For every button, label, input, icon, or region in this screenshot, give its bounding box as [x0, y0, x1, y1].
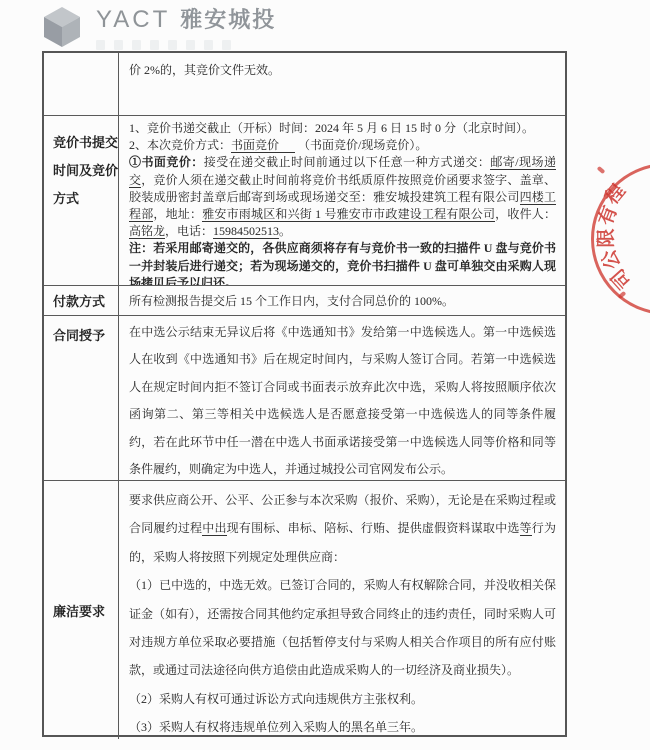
text-segment: 价 2%的，其竞价文件无效。 [129, 63, 280, 77]
row-label [44, 53, 119, 115]
paragraph: 注：若采用邮寄递交的，各供应商须将存有与竞价书一致的扫描件 U 盘与竞价书一并封… [129, 240, 556, 285]
paragraph: ①书面竞价：接受在递交截止时间前通过以下任意一种方式递交：邮寄/现场递交，竞价人… [129, 154, 556, 240]
seal-character: 限 [597, 228, 617, 248]
row-label: 廉洁要求 [44, 481, 119, 739]
seal-character: 司 [608, 264, 636, 292]
text-segment: 在中选公示结束无异议后将《中选通知书》发给第一中选候选人。第一中选候选人在收到《… [129, 325, 556, 476]
underlined-text: 中出 [202, 521, 226, 536]
paragraph: 2、本次竞价方式：书面竞价 （书面竞价/现场竞价）。 [129, 137, 556, 154]
paragraph: 价 2%的，其竞价文件无效。 [129, 62, 556, 79]
underlined-text: 书面竞价 [231, 138, 295, 153]
row-label: 合同授予 [44, 316, 119, 480]
text-segment: （2）采购人有权可通过诉讼方式向违规供方主张权利。 [129, 692, 423, 706]
text-segment: ，地址： [153, 207, 202, 221]
seal-mark [597, 166, 606, 174]
text-segment: 1、竞价书递交截止（开标）时间：2024 年 5 月 6 日 15 时 0 分（… [129, 121, 534, 135]
text-segment: 注：若采用邮寄递交的，各供应商须将存有与竞价书一致的扫描件 U 盘与竞价书一并封… [129, 241, 556, 285]
row-label: 付款方式 [44, 286, 119, 315]
document-table: 价 2%的，其竞价文件无效。竞价书提交 时间及竞价 方式1、竞价书递交截止（开标… [42, 51, 567, 737]
text-segment: （3）采购人有权将违规单位列入采购人的黑名单三年。 [129, 720, 423, 734]
text-segment: 接受在递交截止时间前通过以下任意一种方式递交： [204, 155, 491, 169]
logo-company-name: 雅安城投 [180, 3, 276, 34]
seal-ring [591, 163, 650, 315]
underlined-text: 等 [520, 521, 532, 536]
paragraph: （2）采购人有权可通过诉讼方式向违规供方主张权利。 [129, 685, 556, 713]
seal-character: 公 [599, 246, 625, 272]
text-segment: 所有检测报告提交后 15 个工作日内，支付合同总价的 100%。 [129, 294, 454, 308]
company-logo: YACT 雅安城投 [42, 3, 276, 47]
text-segment: 现有围标、串标、陪标、行贿、提供虚假资料谋取中选 [227, 521, 520, 535]
seal-character: 程 [602, 181, 630, 209]
row-content: 所有检测报告提交后 15 个工作日内，支付合同总价的 100%。 [119, 286, 565, 315]
text-segment: 。 [279, 224, 291, 238]
logo-tagline-faded [96, 40, 276, 50]
row-content: 价 2%的，其竞价文件无效。 [119, 53, 565, 115]
row-content: 在中选公示结束无异议后将《中选通知书》发给第一中选候选人。第一中选候选人在收到《… [119, 316, 565, 480]
seal-mark [618, 291, 627, 299]
table-row: 合同授予在中选公示结束无异议后将《中选通知书》发给第一中选候选人。第一中选候选人… [44, 315, 565, 480]
table-row: 价 2%的，其竞价文件无效。 [44, 53, 565, 115]
underlined-text: 高铭龙 [129, 224, 165, 239]
row-content: 要求供应商公开、公平、公正参与本次采购（报价、采购），无论是在采购过程或合同履约… [119, 481, 565, 739]
paragraph: 所有检测报告提交后 15 个工作日内，支付合同总价的 100%。 [129, 293, 454, 309]
text-segment: ，收件人： [495, 207, 556, 221]
logo-abbreviation: YACT [96, 6, 170, 34]
cube-icon [42, 5, 82, 49]
paragraph: 在中选公示结束无异议后将《中选通知书》发给第一中选候选人。第一中选候选人在收到《… [129, 319, 556, 480]
paragraph: 要求供应商公开、公平、公正参与本次采购（报价、采购），无论是在采购过程或合同履约… [129, 486, 556, 571]
row-content: 1、竞价书递交截止（开标）时间：2024 年 5 月 6 日 15 时 0 分（… [119, 116, 565, 285]
paragraph: 1、竞价书递交截止（开标）时间：2024 年 5 月 6 日 15 时 0 分（… [129, 120, 556, 137]
text-segment: （1）已中选的，中选无效。已签订合同的，采购人有权解除合同，并没收相关保证金（如… [129, 578, 556, 677]
scanned-document-page: YACT 雅安城投 价 2%的，其竞价文件无效。竞价书提交 时间及竞价 方式1、… [0, 0, 650, 750]
seal-character: 有 [596, 203, 622, 229]
text-segment: 2、本次竞价方式： [129, 138, 231, 152]
paragraph: （1）已中选的，中选无效。已签订合同的，采购人有权解除合同，并没收相关保证金（如… [129, 571, 556, 685]
table-row: 竞价书提交 时间及竞价 方式1、竞价书递交截止（开标）时间：2024 年 5 月… [44, 115, 565, 285]
text-segment: ，竞价人须在递交截止时间前将竞价书纸质原件按照竞价函要求签字、盖章、胶装成册密封… [129, 173, 556, 204]
table-row: 廉洁要求要求供应商公开、公平、公正参与本次采购（报价、采购），无论是在采购过程或… [44, 480, 565, 739]
logo-texts: YACT 雅安城投 [96, 3, 276, 50]
paragraph: （3）采购人有权将违规单位列入采购人的黑名单三年。 [129, 713, 556, 739]
text-segment: （书面竞价/现场竞价）。 [295, 138, 427, 152]
underlined-text: 雅安市雨城区和兴街 1 号雅安市市政建设工程有限公司 [202, 207, 495, 222]
text-segment: ，电话： [165, 224, 213, 238]
row-label: 竞价书提交 时间及竞价 方式 [44, 116, 119, 285]
underlined-text: 15984502513 [213, 224, 279, 239]
table-row: 付款方式所有检测报告提交后 15 个工作日内，支付合同总价的 100%。 [44, 285, 565, 315]
text-segment: ①书面竞价： [129, 155, 204, 169]
